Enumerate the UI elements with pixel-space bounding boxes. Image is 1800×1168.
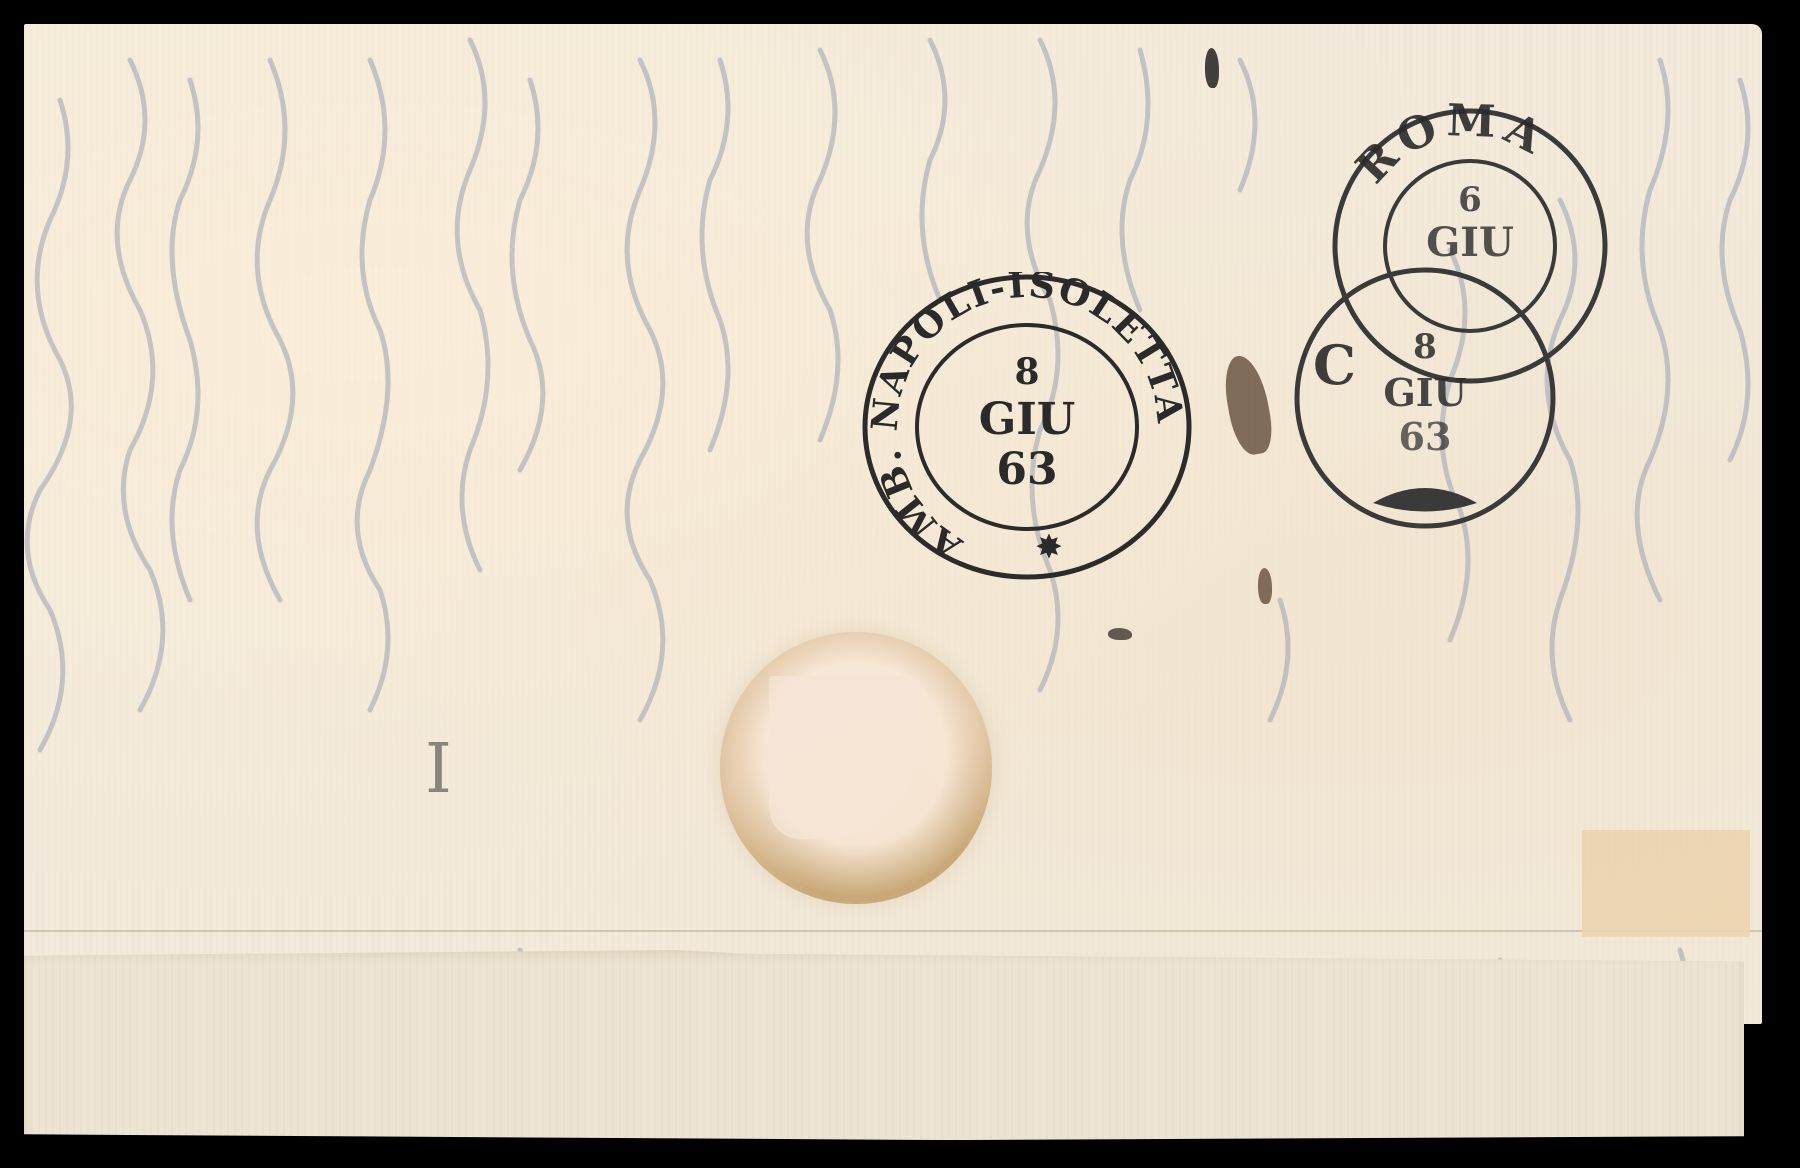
postmark-second-circle: C 8 GIU 63 [1285, 258, 1565, 542]
upper-flap-fold [24, 930, 1762, 932]
postmark-day: 6 [1458, 180, 1482, 220]
postmark-month: GIU [979, 394, 1076, 445]
svg-text:C: C [1313, 333, 1356, 397]
postmark-amb-napoli-isoletta: AMB. NAPOLI-ISOLETTA ✸ 8 GIU 63 [862, 272, 1192, 586]
lower-flap [24, 950, 1744, 1140]
postmark-day: 8 [1014, 351, 1039, 393]
pencil-mark: I [425, 730, 452, 809]
postmark-year: 63 [996, 444, 1057, 495]
wax-seal [720, 632, 992, 904]
ink-blot [1205, 48, 1219, 88]
postmark-year: 63 [1399, 414, 1452, 459]
lozenge-ornament-icon [1373, 488, 1477, 512]
postmark-month: GIU [1383, 370, 1466, 415]
star-icon: ✸ [1036, 530, 1062, 565]
paper-stain [1582, 830, 1750, 937]
postmark-day: 8 [1413, 327, 1437, 367]
ink-blot [1258, 568, 1272, 604]
ink-blot [1108, 628, 1132, 640]
